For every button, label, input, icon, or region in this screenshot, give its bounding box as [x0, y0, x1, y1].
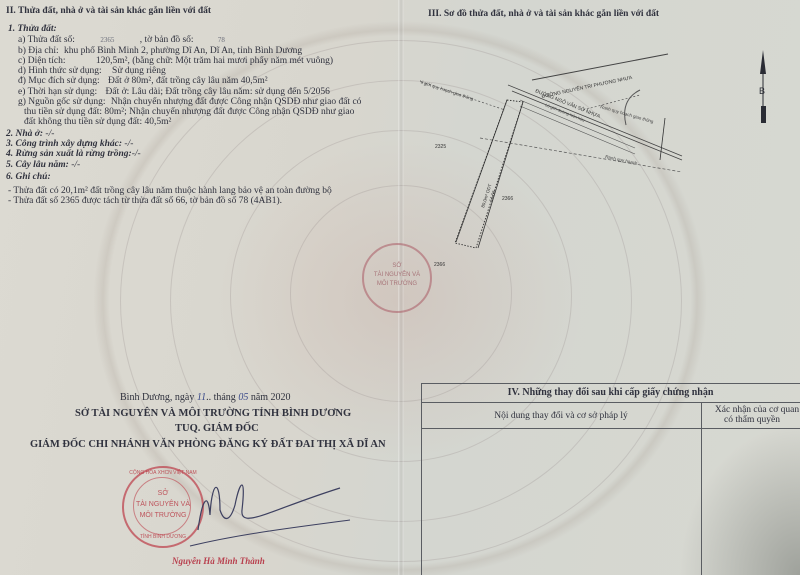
- planning-label: Chỉ giới quy hoạch giao thông: [420, 77, 475, 101]
- parcel-number-value: 2365: [77, 35, 137, 46]
- subsection-land-title: 1. Thửa đất:: [8, 24, 57, 35]
- signer-role-1: TUQ. GIÁM ĐỐC: [175, 423, 259, 434]
- map-sheet-value: 78: [218, 36, 225, 44]
- field-parcel-number: a) Thửa đất số: 2365 , tờ bản đồ số: 78: [18, 35, 225, 46]
- neighbor-parcel-number: 2366: [434, 262, 445, 268]
- issuing-agency: SỞ TÀI NGUYÊN VÀ MÔI TRƯỜNG TỈNH BÌNH DƯ…: [75, 408, 351, 419]
- field-usage-purpose: đ) Mục đích sử dụng: Đất ở 80m², đất trồ…: [18, 76, 268, 87]
- neighbor-parcel-number: 2366: [502, 196, 513, 202]
- issue-month: 05: [238, 392, 248, 403]
- field-forest: 4. Rừng sản xuất là rừng trồng:-/-: [6, 149, 141, 160]
- section-3-title: III. Sơ đồ thửa đất, nhà ở và tài sản kh…: [428, 9, 659, 20]
- issue-date: Bình Dương, ngày 11.. tháng 05 năm 2020: [120, 392, 291, 403]
- issue-day: 11: [197, 392, 206, 403]
- notes-title: 6. Ghi chú:: [6, 172, 51, 183]
- field-usage-origin-cont: đất không thu tiền sử dụng đất: 40,5m²: [24, 117, 171, 128]
- planning-label: Ranh quy hoạch giao thông: [600, 104, 655, 124]
- signer-role-2: GIÁM ĐỐC CHI NHÁNH VĂN PHÒNG ĐĂNG KÝ ĐẤT…: [30, 439, 386, 450]
- note-line: - Thửa đất số 2365 được tách từ thửa đất…: [8, 196, 282, 207]
- section-2-title: II. Thửa đất, nhà ở và tài sản khác gắn …: [6, 6, 211, 17]
- photo-shadow: [600, 315, 800, 575]
- neighbor-parcel-number: 2325: [435, 144, 446, 150]
- issue-year: 2020: [271, 392, 291, 403]
- signature-scribble: [180, 470, 360, 550]
- field-perennial-trees: 5. Cây lâu năm: -/-: [6, 160, 80, 171]
- north-label: B: [759, 86, 765, 96]
- signer-name: Nguyễn Hà Minh Thành: [172, 556, 265, 567]
- land-parcel-map: B ĐƯỜNG NGUYỄN TRI PHƯƠNG NHỰA ĐƯỜNG NGÔ…: [420, 30, 800, 290]
- planning-label: Ranh quy hoạch: [605, 154, 639, 166]
